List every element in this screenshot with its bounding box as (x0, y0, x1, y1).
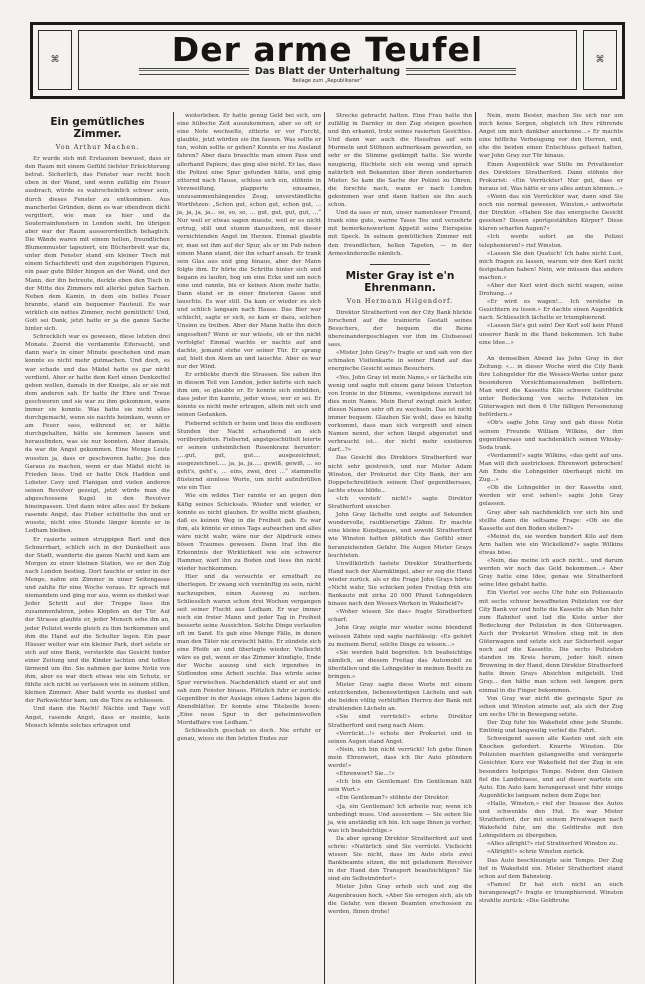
paragraph: «Woher wissen Sie das» fragte Stratherfo… (328, 608, 472, 624)
paragraph: «Hallo, Winston,» rief der Insasse des A… (479, 800, 623, 840)
paragraph: Fiebernd schlich er heim und liess die e… (177, 420, 321, 493)
ornament-right-icon: ⌘ (583, 30, 617, 90)
masthead-center: Der arme Teufel Das Blatt der Unterhaltu… (78, 30, 577, 90)
paragraph: Mister John Gray erhob sich und zog die … (328, 883, 472, 915)
paragraph: Und da sass er nun, unser namenloser Fre… (328, 209, 472, 258)
paragraph: Strecke gebracht hatten. Eine Frau hatte… (328, 112, 472, 209)
decorative-rule-right (406, 68, 516, 75)
paragraph: Schrecklich war es gewesen, diese letzte… (25, 333, 170, 535)
paragraph: Der Zug fuhr bis Wakefield ohne jede Stu… (479, 719, 623, 735)
paragraph: Wie ein wildes Tier rannte er an gegen d… (177, 492, 321, 573)
paragraph: «Mister John Gray?» fragte er und sah vo… (328, 349, 472, 373)
article-body: Nein, mein Bester, machen Sie sich nur u… (479, 112, 623, 905)
paragraph: Nein, mein Bester, machen Sie sich nur u… (479, 112, 623, 161)
paragraph: «Er wird es wagen!... Ich verstehe in Ge… (479, 298, 623, 322)
paragraph: John Gray zeigte nur wieder seine blende… (328, 624, 472, 648)
column-4: Nein, mein Bester, machen Sie sich nur u… (475, 112, 626, 984)
paragraph: «Ein Gentleman?» stöhnte der Direktor. (328, 794, 472, 802)
paragraph: Schweigend sassen alle Kasten und sich e… (479, 735, 623, 800)
paragraph: Er erblickte durch die Strassen. Sie sah… (177, 371, 321, 420)
paragraph: Ein Viertel vor sechs Uhr fuhr ein Poliz… (479, 589, 623, 694)
paragraph: Er wurde sich mit Erstaunen bewusst, das… (25, 155, 170, 333)
ornament-left-icon: ⌘ (38, 30, 72, 90)
paragraph-gap (479, 347, 623, 355)
paragraph: «Lassen Sie's gut sein! Der Kerl soll ke… (479, 322, 623, 346)
page-columns: Ein gemütliches Zimmer. Von Arthur Mache… (22, 112, 628, 984)
decorative-rule-left (139, 68, 249, 75)
paragraph: Und dann die Nacht! Nächte und Tage voll… (25, 705, 170, 729)
paragraph: «Ich werde sofort an die Polizei telepho… (479, 233, 623, 249)
paragraph: «Verdammt!» sagte Wilkins, «das geht auf… (479, 452, 623, 484)
newspaper-subtitle: Das Blatt der Unterhaltung (255, 66, 400, 77)
column-3: Strecke gebracht hatten. Eine Frau hatte… (324, 112, 475, 984)
paragraph: «Ja, ein Gentleman! Ich arbeite nur, wen… (328, 803, 472, 835)
paragraph: «Famos! Er hat sich nicht an euch herang… (479, 881, 623, 905)
article-author: Von Arthur Machen. (25, 143, 170, 151)
paragraph: Das Gesicht des Direktors Stratherford w… (328, 454, 472, 494)
paragraph: Da aber sprang Direktor Stratherford auf… (328, 835, 472, 884)
article-continuation: Strecke gebracht hatten. Eine Frau hatte… (328, 112, 472, 258)
column-1: Ein gemütliches Zimmer. Von Arthur Mache… (22, 112, 173, 984)
paragraph: «Nein, das meine ich auch nicht... und d… (479, 557, 623, 589)
column-2: weiterleben. Er hatte genug Geld bei sic… (173, 112, 324, 984)
paragraph: Direktor Stratherford von der City Bank … (328, 309, 472, 349)
article-body: Er wurde sich mit Erstaunen bewusst, das… (25, 155, 170, 730)
subtitle-row: Das Blatt der Unterhaltung (79, 66, 576, 77)
paragraph: weiterleben. Er hatte genug Geld bei sic… (177, 112, 321, 371)
paragraph: Hier und da versuchte er ernsthaft zu üb… (177, 573, 321, 727)
paragraph: An demselben Abend las John Gray in der … (479, 355, 623, 420)
paragraph: «Ehrenwort? Sie...!» (328, 770, 472, 778)
paragraph: «Meinst du, sie werden hundert Kilo auf … (479, 533, 623, 557)
paragraph: Einen Augenblick war Stille im Privatkon… (479, 161, 623, 193)
article-body: weiterleben. Er hatte genug Geld bei sic… (177, 112, 321, 743)
paragraph: «Yes, John Gray ist mein Name,» er läche… (328, 374, 472, 455)
paragraph: Er rasierte seinen struppigen Bart und d… (25, 536, 170, 706)
paragraph: Das Auto beschleunigte sein Tempo. Der Z… (479, 857, 623, 881)
paragraph: «Verrückt...!» echote der Prokurist und … (328, 730, 472, 746)
paragraph: «Alles allright?» rief Stratherford Wins… (479, 840, 623, 848)
paragraph: «Lassen Sie den Quatsch! Ich habe nicht … (479, 250, 623, 282)
paragraph: «Wenn das ein Verrückter war, dann sind … (479, 193, 623, 233)
paragraph: «Sie werden bald begreifen. Ich beabsich… (328, 649, 472, 681)
article-title: Mister Gray ist e'n Ehrenmann. (328, 270, 472, 294)
paragraph: «Ob die Lohngelder in der Kassette sind,… (479, 484, 623, 508)
paragraph: «Allright!» schrie Winston zurück. (479, 848, 623, 856)
article-body: Direktor Stratherford von der City Bank … (328, 309, 472, 916)
paragraph: «Sie sind verrückt!» schrie Direktor Str… (328, 713, 472, 729)
article-title: Ein gemütliches Zimmer. (25, 116, 170, 140)
supplement-note: Beilage zum „Republikaner“ (79, 78, 576, 84)
paragraph: Unwillkürlich tastete Direktor Stratherf… (328, 560, 472, 609)
article-author: Von Hermann Hilgendorf. (328, 297, 472, 305)
paragraph: John Gray lächelte und zeigte auf Sekund… (328, 511, 472, 560)
paragraph: Von Gray war nicht die geringste Spur zu… (479, 695, 623, 719)
paragraph: «Aber der Kerl wird doch nicht wagen, se… (479, 282, 623, 298)
paragraph: «Ich bin ein Gentleman! Ein Gentleman hä… (328, 778, 472, 794)
paragraph: Schliesslich geschah es doch. Nie erfuhr… (177, 727, 321, 743)
newspaper-title: Der arme Teufel (79, 32, 576, 68)
paragraph: Gray aber sah nachdenklich vor sich hin … (479, 509, 623, 533)
paragraph: «Nein, ich bin nicht verrückt! Ich gebe … (328, 746, 472, 770)
masthead: ⌘ Der arme Teufel Das Blatt der Unterhal… (30, 22, 625, 99)
paragraph: «Ob's sagte John Gray und gab diese Noti… (479, 419, 623, 451)
article-divider (370, 264, 430, 265)
paragraph: Mister Gray sagte diese Worte mit einem … (328, 681, 472, 713)
paragraph: «Ich versteh' nicht!» sagte Direktor Str… (328, 495, 472, 511)
